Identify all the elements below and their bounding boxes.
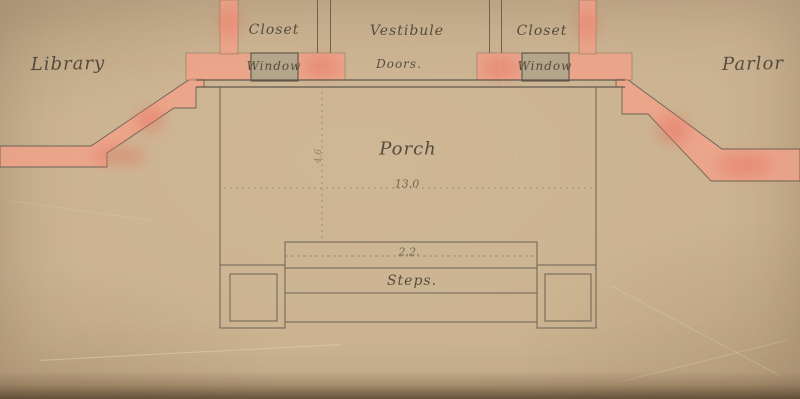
dimension-steps: 2.2. xyxy=(399,246,420,259)
pedestal-left-inner xyxy=(230,274,277,321)
label-closet-right: Closet xyxy=(517,23,568,39)
wall-segment xyxy=(568,53,632,80)
label-window-left: Window xyxy=(247,59,302,73)
label-window-right: Window xyxy=(518,59,573,73)
dimension-porch-width: 13.0 xyxy=(395,178,420,191)
label-steps: Steps. xyxy=(387,273,437,289)
label-library: Library xyxy=(31,53,106,75)
label-parlor: Parlor xyxy=(722,53,784,75)
label-porch: Porch xyxy=(379,139,437,160)
wall-segment xyxy=(186,53,252,80)
label-vestibule: Vestibule xyxy=(370,23,444,39)
pedestal-right-inner xyxy=(545,274,591,321)
dimension-porch-depth: 4.6 xyxy=(314,149,324,163)
scanned-floor-plan: Library Closet Vestibule Closet Parlor W… xyxy=(0,0,800,399)
label-doors: Doors. xyxy=(376,57,422,71)
label-closet-left: Closet xyxy=(249,22,300,38)
